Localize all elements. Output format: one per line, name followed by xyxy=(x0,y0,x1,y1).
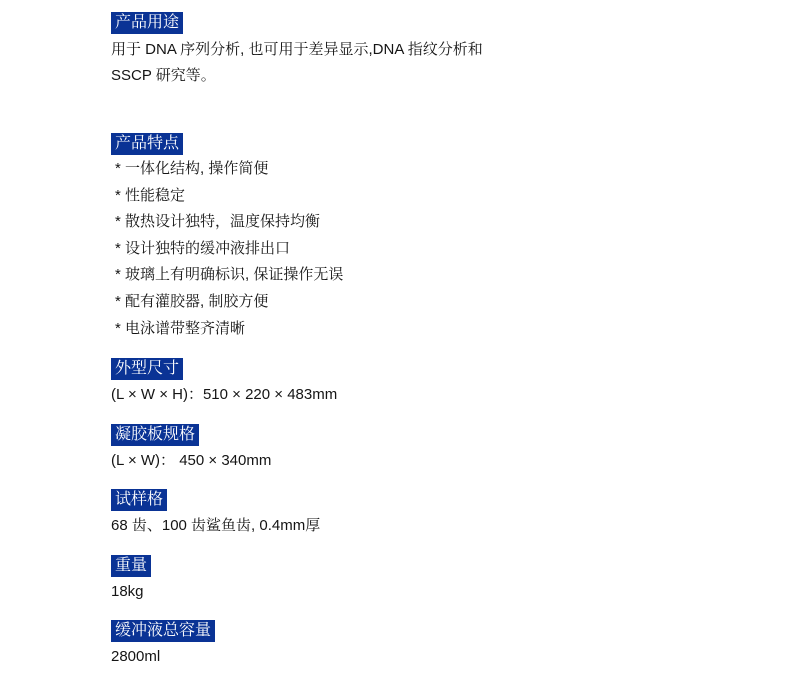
section-title-dimensions: 外型尺寸 xyxy=(111,358,183,380)
feature-item: * 玻璃上有明确标识, 保证操作无误 xyxy=(115,265,343,285)
feature-item: * 散热设计独特，温度保持均衡 xyxy=(115,212,320,232)
weight-value: 18kg xyxy=(111,582,144,602)
feature-item: * 配有灌胶器, 制胶方便 xyxy=(115,292,268,312)
section-title-usage: 产品用途 xyxy=(111,12,183,34)
gel-plate-value: (L × W)： 450 × 340mm xyxy=(111,451,271,471)
feature-item: * 设计独特的缓冲液排出口 xyxy=(115,239,290,259)
usage-line-1: 用于 DNA 序列分析, 也可用于差异显示,DNA 指纹分析和 xyxy=(111,40,483,60)
comb-value: 68 齿、100 齿鲨鱼齿, 0.4mm厚 xyxy=(111,516,320,536)
buffer-capacity-value: 2800ml xyxy=(111,647,160,667)
feature-item: * 电泳谱带整齐清晰 xyxy=(115,319,245,339)
section-title-weight: 重量 xyxy=(111,555,151,577)
feature-item: * 性能稳定 xyxy=(115,186,185,206)
section-title-gel-plate: 凝胶板规格 xyxy=(111,424,199,446)
section-title-buffer-capacity: 缓冲液总容量 xyxy=(111,620,215,642)
section-title-comb: 试样格 xyxy=(111,489,167,511)
section-title-features: 产品特点 xyxy=(111,133,183,155)
dimensions-value: (L × W × H)：510 × 220 × 483mm xyxy=(111,385,337,405)
usage-line-2: SSCP 研究等。 xyxy=(111,66,216,86)
feature-item: * 一体化结构, 操作简便 xyxy=(115,159,268,179)
